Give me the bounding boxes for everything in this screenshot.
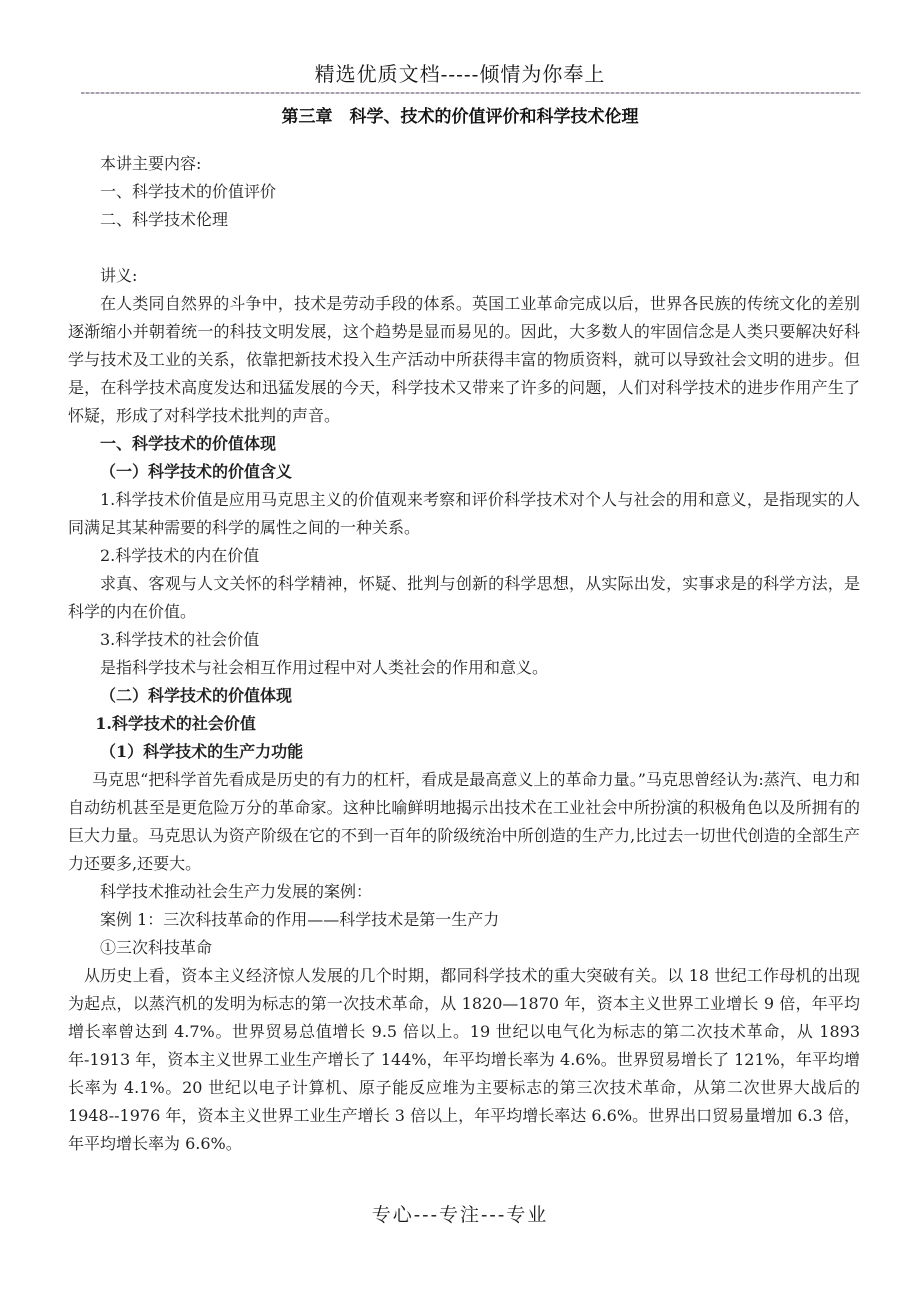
paragraph: 一、科学技术的价值体现: [68, 430, 860, 458]
header-text: 精选优质文档-----倾情为你奉上: [315, 62, 606, 86]
paragraph: （一）科学技术的价值含义: [68, 458, 860, 486]
paragraph: 科学技术推动社会生产力发展的案例：: [68, 878, 860, 906]
paragraph: （二）科学技术的价值体现: [68, 682, 860, 710]
paragraph: 从历史上看，资本主义经济惊人发展的几个时期，都同科学技术的重大突破有关。以 18…: [68, 962, 860, 1158]
paragraph: 1.科学技术的社会价值: [68, 710, 860, 738]
paragraph: 二、科学技术伦理: [68, 206, 860, 234]
paragraph: （1）科学技术的生产力功能: [68, 738, 860, 766]
document-title: 第三章 科学、技术的价值评价和科学技术伦理: [0, 102, 920, 127]
paragraph: 马克思“把科学首先看成是历史的有力的杠杆，看成是最高意义上的革命力量。”马克思曾…: [68, 766, 860, 878]
header-divider: [81, 92, 861, 94]
paragraph: 本讲主要内容:: [68, 150, 860, 178]
footer-text: 专心---专注---专业: [372, 1204, 549, 1226]
paragraph: 一、科学技术的价值评价: [68, 178, 860, 206]
paragraph: 是指科学技术与社会相互作用过程中对人类社会的作用和意义。: [68, 654, 860, 682]
blank-line: [68, 234, 860, 262]
paragraph: 在人类同自然界的斗争中，技术是劳动手段的体系。英国工业革命完成以后，世界各民族的…: [68, 290, 860, 430]
paragraph: 2.科学技术的内在价值: [68, 542, 860, 570]
paragraph: 1.科学技术价值是应用马克思主义的价值观来考察和评价科学技术对个人与社会的用和意…: [68, 486, 860, 542]
paragraph: 求真、客观与人文关怀的科学精神，怀疑、批判与创新的科学思想，从实际出发，实事求是…: [68, 570, 860, 626]
page-footer: 专心---专注---专业: [0, 1200, 920, 1227]
page-header: 精选优质文档-----倾情为你奉上: [0, 58, 920, 87]
paragraph: ①三次科技革命: [68, 934, 860, 962]
document-body: 本讲主要内容:一、科学技术的价值评价二、科学技术伦理 讲义:在人类同自然界的斗争…: [68, 150, 860, 1158]
paragraph: 案例 1：三次科技革命的作用——科学技术是第一生产力: [68, 906, 860, 934]
paragraph: 讲义:: [68, 262, 860, 290]
document-page: 精选优质文档-----倾情为你奉上 第三章 科学、技术的价值评价和科学技术伦理 …: [0, 0, 920, 1302]
paragraph: 3.科学技术的社会价值: [68, 626, 860, 654]
